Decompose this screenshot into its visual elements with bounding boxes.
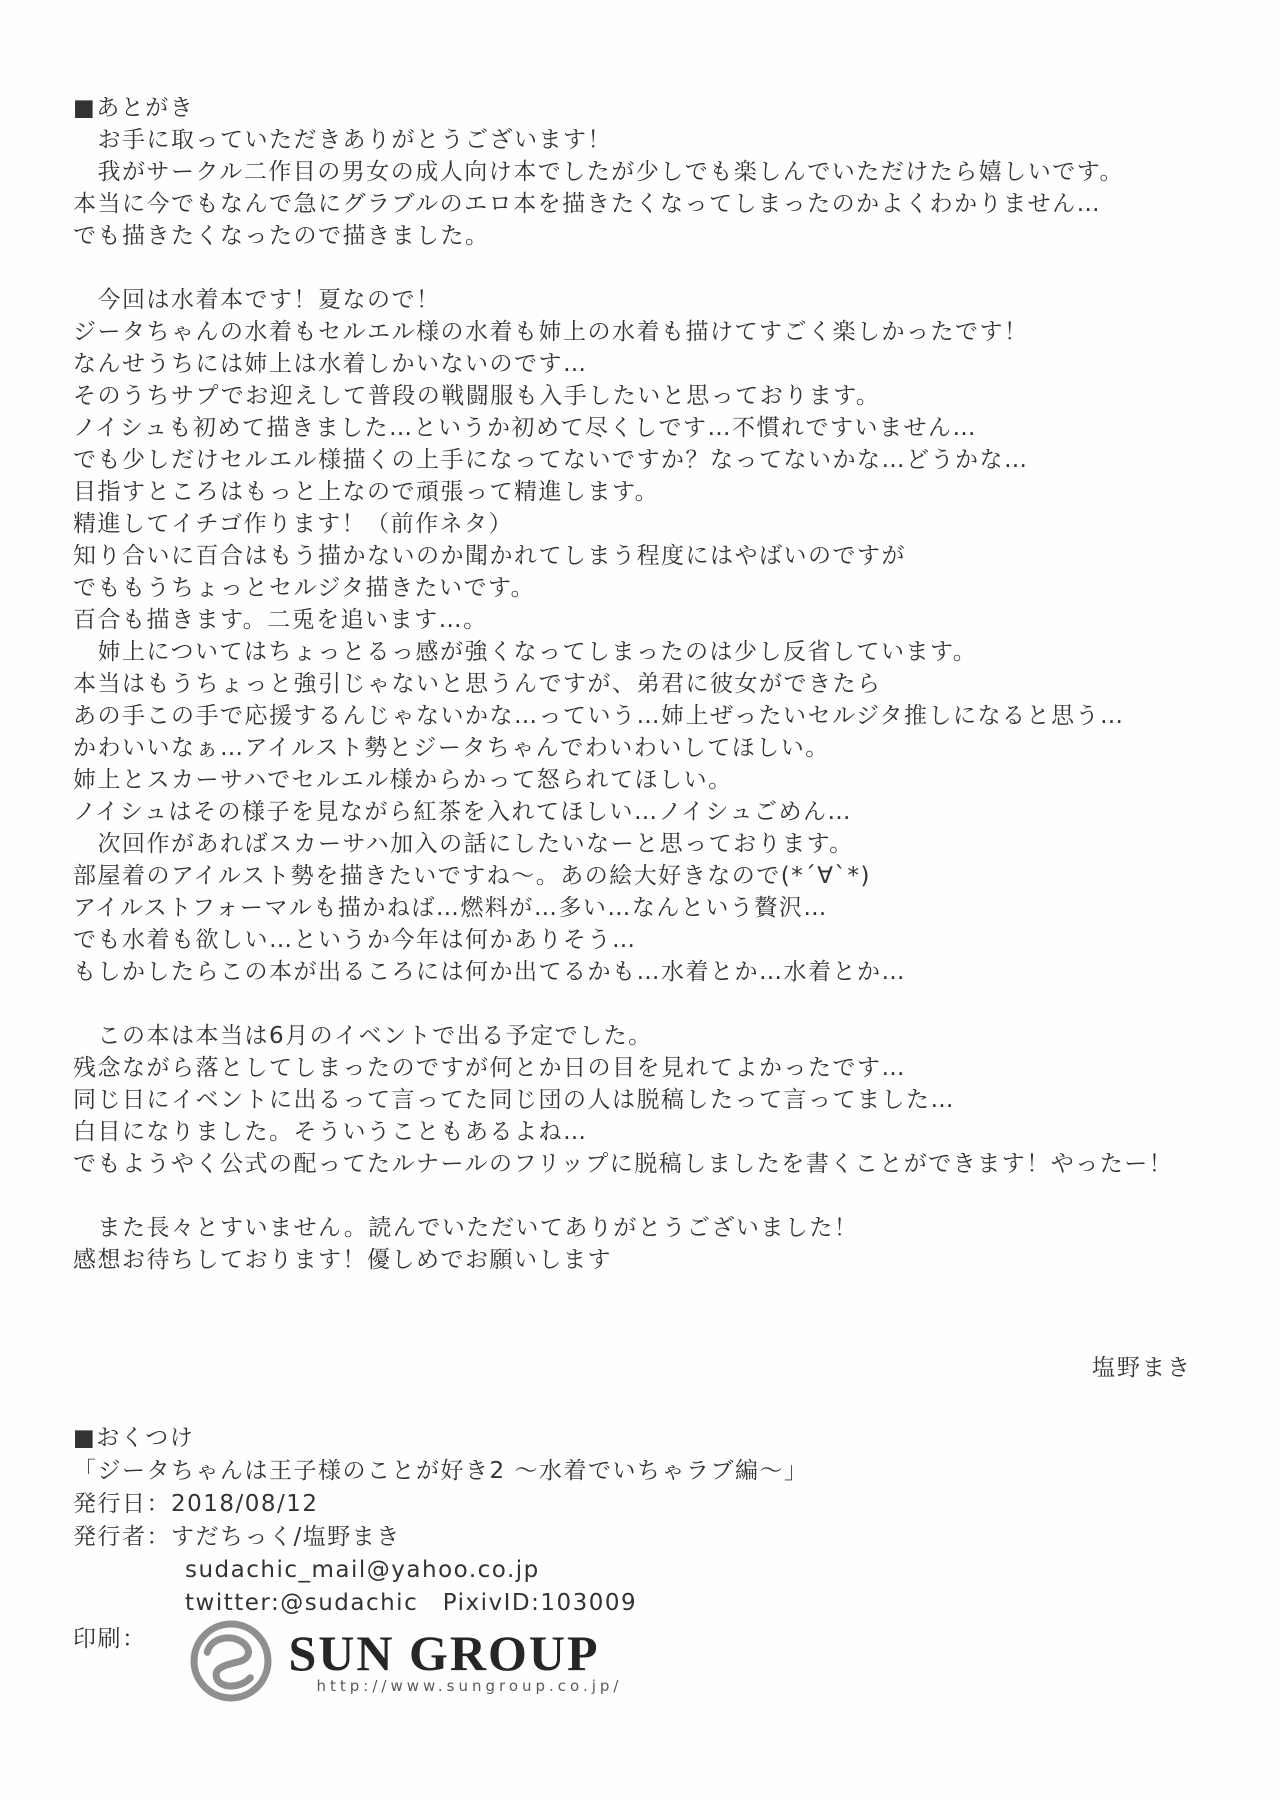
- afterword-line: また長々とすいません。読んでいただいてありがとうございました！: [73, 1212, 1240, 1244]
- afterword-line: かわいいなぁ…アイルスト勢とジータちゃんでわいわいしてほしい。: [73, 732, 1240, 764]
- afterword-body: お手に取っていただきありがとうございます！ 我がサークル二作目の男女の成人向け本…: [73, 124, 1240, 1276]
- afterword-line: 白目になりました。そういうこともあるよね…: [73, 1116, 1240, 1148]
- afterword-line: 目指すところはもっと上なので頑張って精進します。: [73, 476, 1240, 508]
- afterword-line: [73, 252, 1240, 284]
- afterword-section: ■あとがき お手に取っていただきありがとうございます！ 我がサークル二作目の男女…: [73, 92, 1240, 1276]
- afterword-page: ■あとがき お手に取っていただきありがとうございます！ 我がサークル二作目の男女…: [0, 0, 1280, 1800]
- print-label: 印刷：: [73, 1623, 147, 1656]
- afterword-line: 部屋着のアイルスト勢を描きたいですね～。あの絵大好きなので(*´∀`*): [73, 860, 1240, 892]
- afterword-line: アイルストフォーマルも描かねば…燃料が…多い…なんという贅沢…: [73, 892, 1240, 924]
- afterword-line: でも描きたくなったので描きました。: [73, 220, 1240, 252]
- afterword-line: ノイシュも初めて描きました…というか初めて尽くしです…不慣れですいません…: [73, 412, 1240, 444]
- sun-group-mark-icon: [187, 1617, 275, 1705]
- sns-ids: twitter:@sudachic PixivID:103009: [73, 1587, 1240, 1620]
- afterword-line: 知り合いに百合はもう描かないのか聞かれてしまう程度にはやばいのですが: [73, 540, 1240, 572]
- afterword-line: [73, 988, 1240, 1020]
- afterword-line: でも少しだけセルエル様描くの上手になってないですか？なってないかな…どうかな…: [73, 444, 1240, 476]
- colophon-heading: ■おくつけ: [73, 1422, 1240, 1455]
- printer-row: 印刷： SUN GROUP http://www.sungroup.co.jp/: [73, 1623, 1240, 1705]
- printer-name: SUN GROUP: [289, 1627, 623, 1679]
- afterword-line: でも水着も欲しい…というか今年は何かありそう…: [73, 924, 1240, 956]
- afterword-line: もしかしたらこの本が出るころには何か出てるかも…水着とか…水着とか…: [73, 956, 1240, 988]
- afterword-line: 残念ながら落としてしまったのですが何とか日の目を見れてよかったです…: [73, 1052, 1240, 1084]
- afterword-line: 姉上についてはちょっとるっ感が強くなってしまったのは少し反省しています。: [73, 636, 1240, 668]
- contact-email: sudachic_mail@yahoo.co.jp: [73, 1554, 1240, 1587]
- afterword-line: 同じ日にイベントに出るって言ってた同じ団の人は脱稿したって言ってました…: [73, 1084, 1240, 1116]
- afterword-line: そのうちサプでお迎えして普段の戦闘服も入手したいと思っております。: [73, 380, 1240, 412]
- afterword-line: 精進してイチゴ作ります！（前作ネタ）: [73, 508, 1240, 540]
- afterword-line: でもようやく公式の配ってたルナールのフリップに脱稿しましたを書くことができます！…: [73, 1148, 1240, 1180]
- afterword-line: 本当はもうちょっと強引じゃないと思うんですが、弟君に彼女ができたら: [73, 668, 1240, 700]
- afterword-line: あの手この手で応援するんじゃないかな…っていう…姉上ぜったいセルジタ推しになると…: [73, 700, 1240, 732]
- afterword-line: 我がサークル二作目の男女の成人向け本でしたが少しでも楽しんでいただけたら嬉しいで…: [73, 156, 1240, 188]
- publish-date: 発行日：2018/08/12: [73, 1488, 1240, 1521]
- author-signature: 塩野まき: [73, 1352, 1192, 1384]
- afterword-heading: ■あとがき: [73, 92, 1240, 124]
- afterword-line: この本は本当は6月のイベントで出る予定でした。: [73, 1020, 1240, 1052]
- publisher: 発行者：すだちっく/塩野まき: [73, 1521, 1240, 1554]
- afterword-line: なんせうちには姉上は水着しかいないのです…: [73, 348, 1240, 380]
- afterword-line: 姉上とスカーサハでセルエル様からかって怒られてほしい。: [73, 764, 1240, 796]
- sun-group-text: SUN GROUP http://www.sungroup.co.jp/: [289, 1627, 623, 1695]
- afterword-line: 本当に今でもなんで急にグラブルのエロ本を描きたくなってしまったのかよくわかりませ…: [73, 188, 1240, 220]
- afterword-line: 百合も描きます。二兎を追います…。: [73, 604, 1240, 636]
- printer-url: http://www.sungroup.co.jp/: [289, 1677, 623, 1695]
- afterword-line: 感想お待ちしております！優しめでお願いします: [73, 1244, 1240, 1276]
- afterword-line: ノイシュはその様子を見ながら紅茶を入れてほしい…ノイシュごめん…: [73, 796, 1240, 828]
- afterword-line: 次回作があればスカーサハ加入の話にしたいなーと思っております。: [73, 828, 1240, 860]
- afterword-line: [73, 1180, 1240, 1212]
- book-title: 「ジータちゃんは王子様のことが好き2 ～水着でいちゃラブ編～」: [73, 1455, 1240, 1488]
- afterword-line: ジータちゃんの水着もセルエル様の水着も姉上の水着も描けてすごく楽しかったです！: [73, 316, 1240, 348]
- afterword-line: 今回は水着本です！夏なので！: [73, 284, 1240, 316]
- sun-group-logo: SUN GROUP http://www.sungroup.co.jp/: [187, 1617, 623, 1705]
- afterword-line: でももうちょっとセルジタ描きたいです。: [73, 572, 1240, 604]
- colophon-section: ■おくつけ 「ジータちゃんは王子様のことが好き2 ～水着でいちゃラブ編～」 発行…: [73, 1422, 1240, 1705]
- afterword-line: お手に取っていただきありがとうございます！: [73, 124, 1240, 156]
